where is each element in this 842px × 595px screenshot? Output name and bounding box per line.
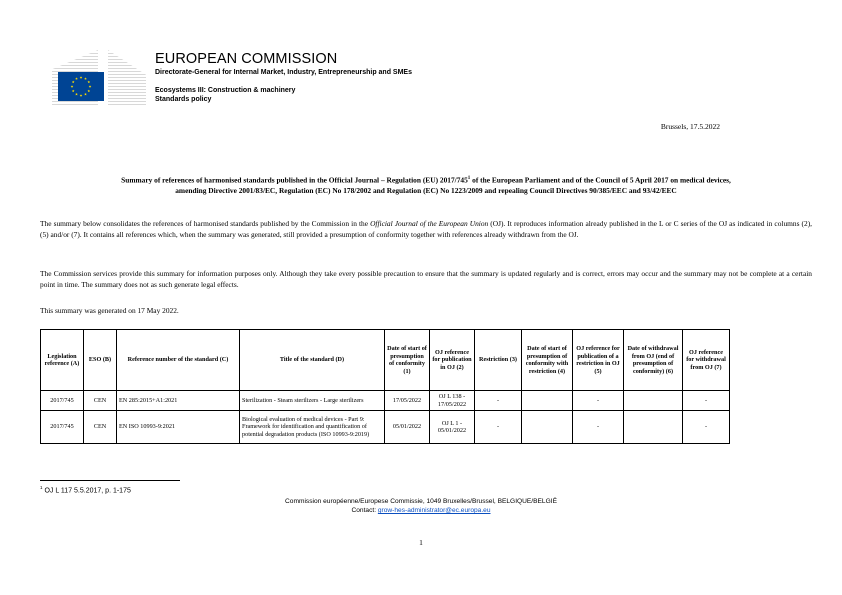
col-legislation-reference: Legislation reference (A) bbox=[41, 330, 84, 391]
postal-address: Commission européenne/Europese Commissie… bbox=[0, 497, 842, 506]
contact-email-link[interactable]: grow-hes-administrator@ec.europa.eu bbox=[378, 507, 491, 514]
col-restriction: Restriction (3) bbox=[475, 330, 522, 391]
cell-date-start-restriction bbox=[522, 391, 573, 411]
unit-name: Standards policy bbox=[155, 95, 412, 104]
letterhead: EUROPEAN COMMISSION Directorate-General … bbox=[155, 51, 412, 104]
footer-address: Commission européenne/Europese Commissie… bbox=[0, 497, 842, 515]
col-reference-number: Reference number of the standard (C) bbox=[117, 330, 240, 391]
cell-date-withdrawal bbox=[624, 391, 683, 411]
intro-text-a: The summary below consolidates the refer… bbox=[40, 219, 370, 228]
intro-text-italic: Official Journal of the European Union bbox=[370, 219, 488, 228]
intro-paragraph: The summary below consolidates the refer… bbox=[40, 218, 812, 240]
col-date-start-restriction: Date of start of presumption of conformi… bbox=[522, 330, 573, 391]
cell-oj-reference: OJ L 1 - 05/01/2022 bbox=[430, 411, 475, 444]
col-eso: ESO (B) bbox=[84, 330, 117, 391]
generated-date-paragraph: This summary was generated on 17 May 202… bbox=[40, 305, 812, 316]
cell-eso: CEN bbox=[84, 411, 117, 444]
cell-restriction: - bbox=[475, 411, 522, 444]
footnote: 1 OJ L 117 5.5.2017, p. 1-175 bbox=[40, 485, 131, 494]
organisation-name: EUROPEAN COMMISSION bbox=[155, 51, 412, 67]
col-oj-reference-publication: OJ reference for publication in OJ (2) bbox=[430, 330, 475, 391]
col-date-withdrawal: Date of withdrawal from OJ (end of presu… bbox=[624, 330, 683, 391]
cell-oj-reference-restriction: - bbox=[573, 391, 624, 411]
contact-label: Contact: bbox=[351, 507, 377, 514]
col-oj-reference-restriction: OJ reference for publication of a restri… bbox=[573, 330, 624, 391]
cell-restriction: - bbox=[475, 391, 522, 411]
col-oj-reference-withdrawal: OJ reference for withdrawal from OJ (7) bbox=[683, 330, 730, 391]
ecosystem-unit: Ecosystems III: Construction & machinery bbox=[155, 86, 412, 95]
harmonised-standards-table: Legislation reference (A) ESO (B) Refere… bbox=[40, 329, 730, 444]
title-line-2: amending Directive 2001/83/EC, Regulatio… bbox=[175, 186, 677, 195]
directorate-general: Directorate-General for Internal Market,… bbox=[155, 68, 412, 77]
cell-oj-reference-restriction: - bbox=[573, 411, 624, 444]
title-line-1: Summary of references of harmonised stan… bbox=[121, 175, 468, 184]
cell-reference-number: EN ISO 10993-9:2021 bbox=[117, 411, 240, 444]
contact-line: Contact: grow-hes-administrator@ec.europ… bbox=[0, 506, 842, 515]
cell-date-start-restriction bbox=[522, 411, 573, 444]
cell-oj-reference-withdrawal: - bbox=[683, 391, 730, 411]
title-line-1-end: of the European Parliament and of the Co… bbox=[470, 175, 731, 184]
cell-legislation: 2017/745 bbox=[41, 411, 84, 444]
disclaimer-paragraph: The Commission services provide this sum… bbox=[40, 268, 812, 290]
cell-eso: CEN bbox=[84, 391, 117, 411]
col-date-start-presumption: Date of start of presumption of conformi… bbox=[385, 330, 430, 391]
footnote-divider bbox=[40, 480, 180, 481]
cell-oj-reference: OJ L 138 - 17/05/2022 bbox=[430, 391, 475, 411]
eu-flag-icon bbox=[58, 72, 104, 101]
table-header-row: Legislation reference (A) ESO (B) Refere… bbox=[41, 330, 730, 391]
cell-date-start: 17/05/2022 bbox=[385, 391, 430, 411]
document-title: Summary of references of harmonised stan… bbox=[40, 173, 812, 196]
berlaymont-building-right-graphic bbox=[108, 50, 146, 105]
cell-title: Biological evaluation of medical devices… bbox=[240, 411, 385, 444]
date-line: Brussels, 17.5.2022 bbox=[661, 122, 720, 131]
footnote-text: OJ L 117 5.5.2017, p. 1-175 bbox=[43, 487, 131, 494]
cell-date-start: 05/01/2022 bbox=[385, 411, 430, 444]
page-number: 1 bbox=[0, 538, 842, 547]
table-row: 2017/745 CEN EN 285:2015+A1:2021 Sterili… bbox=[41, 391, 730, 411]
cell-oj-reference-withdrawal: - bbox=[683, 411, 730, 444]
col-title: Title of the standard (D) bbox=[240, 330, 385, 391]
cell-reference-number: EN 285:2015+A1:2021 bbox=[117, 391, 240, 411]
cell-title: Sterilization - Steam sterilizers - Larg… bbox=[240, 391, 385, 411]
table-row: 2017/745 CEN EN ISO 10993-9:2021 Biologi… bbox=[41, 411, 730, 444]
cell-date-withdrawal bbox=[624, 411, 683, 444]
cell-legislation: 2017/745 bbox=[41, 391, 84, 411]
european-commission-logo bbox=[52, 50, 147, 105]
